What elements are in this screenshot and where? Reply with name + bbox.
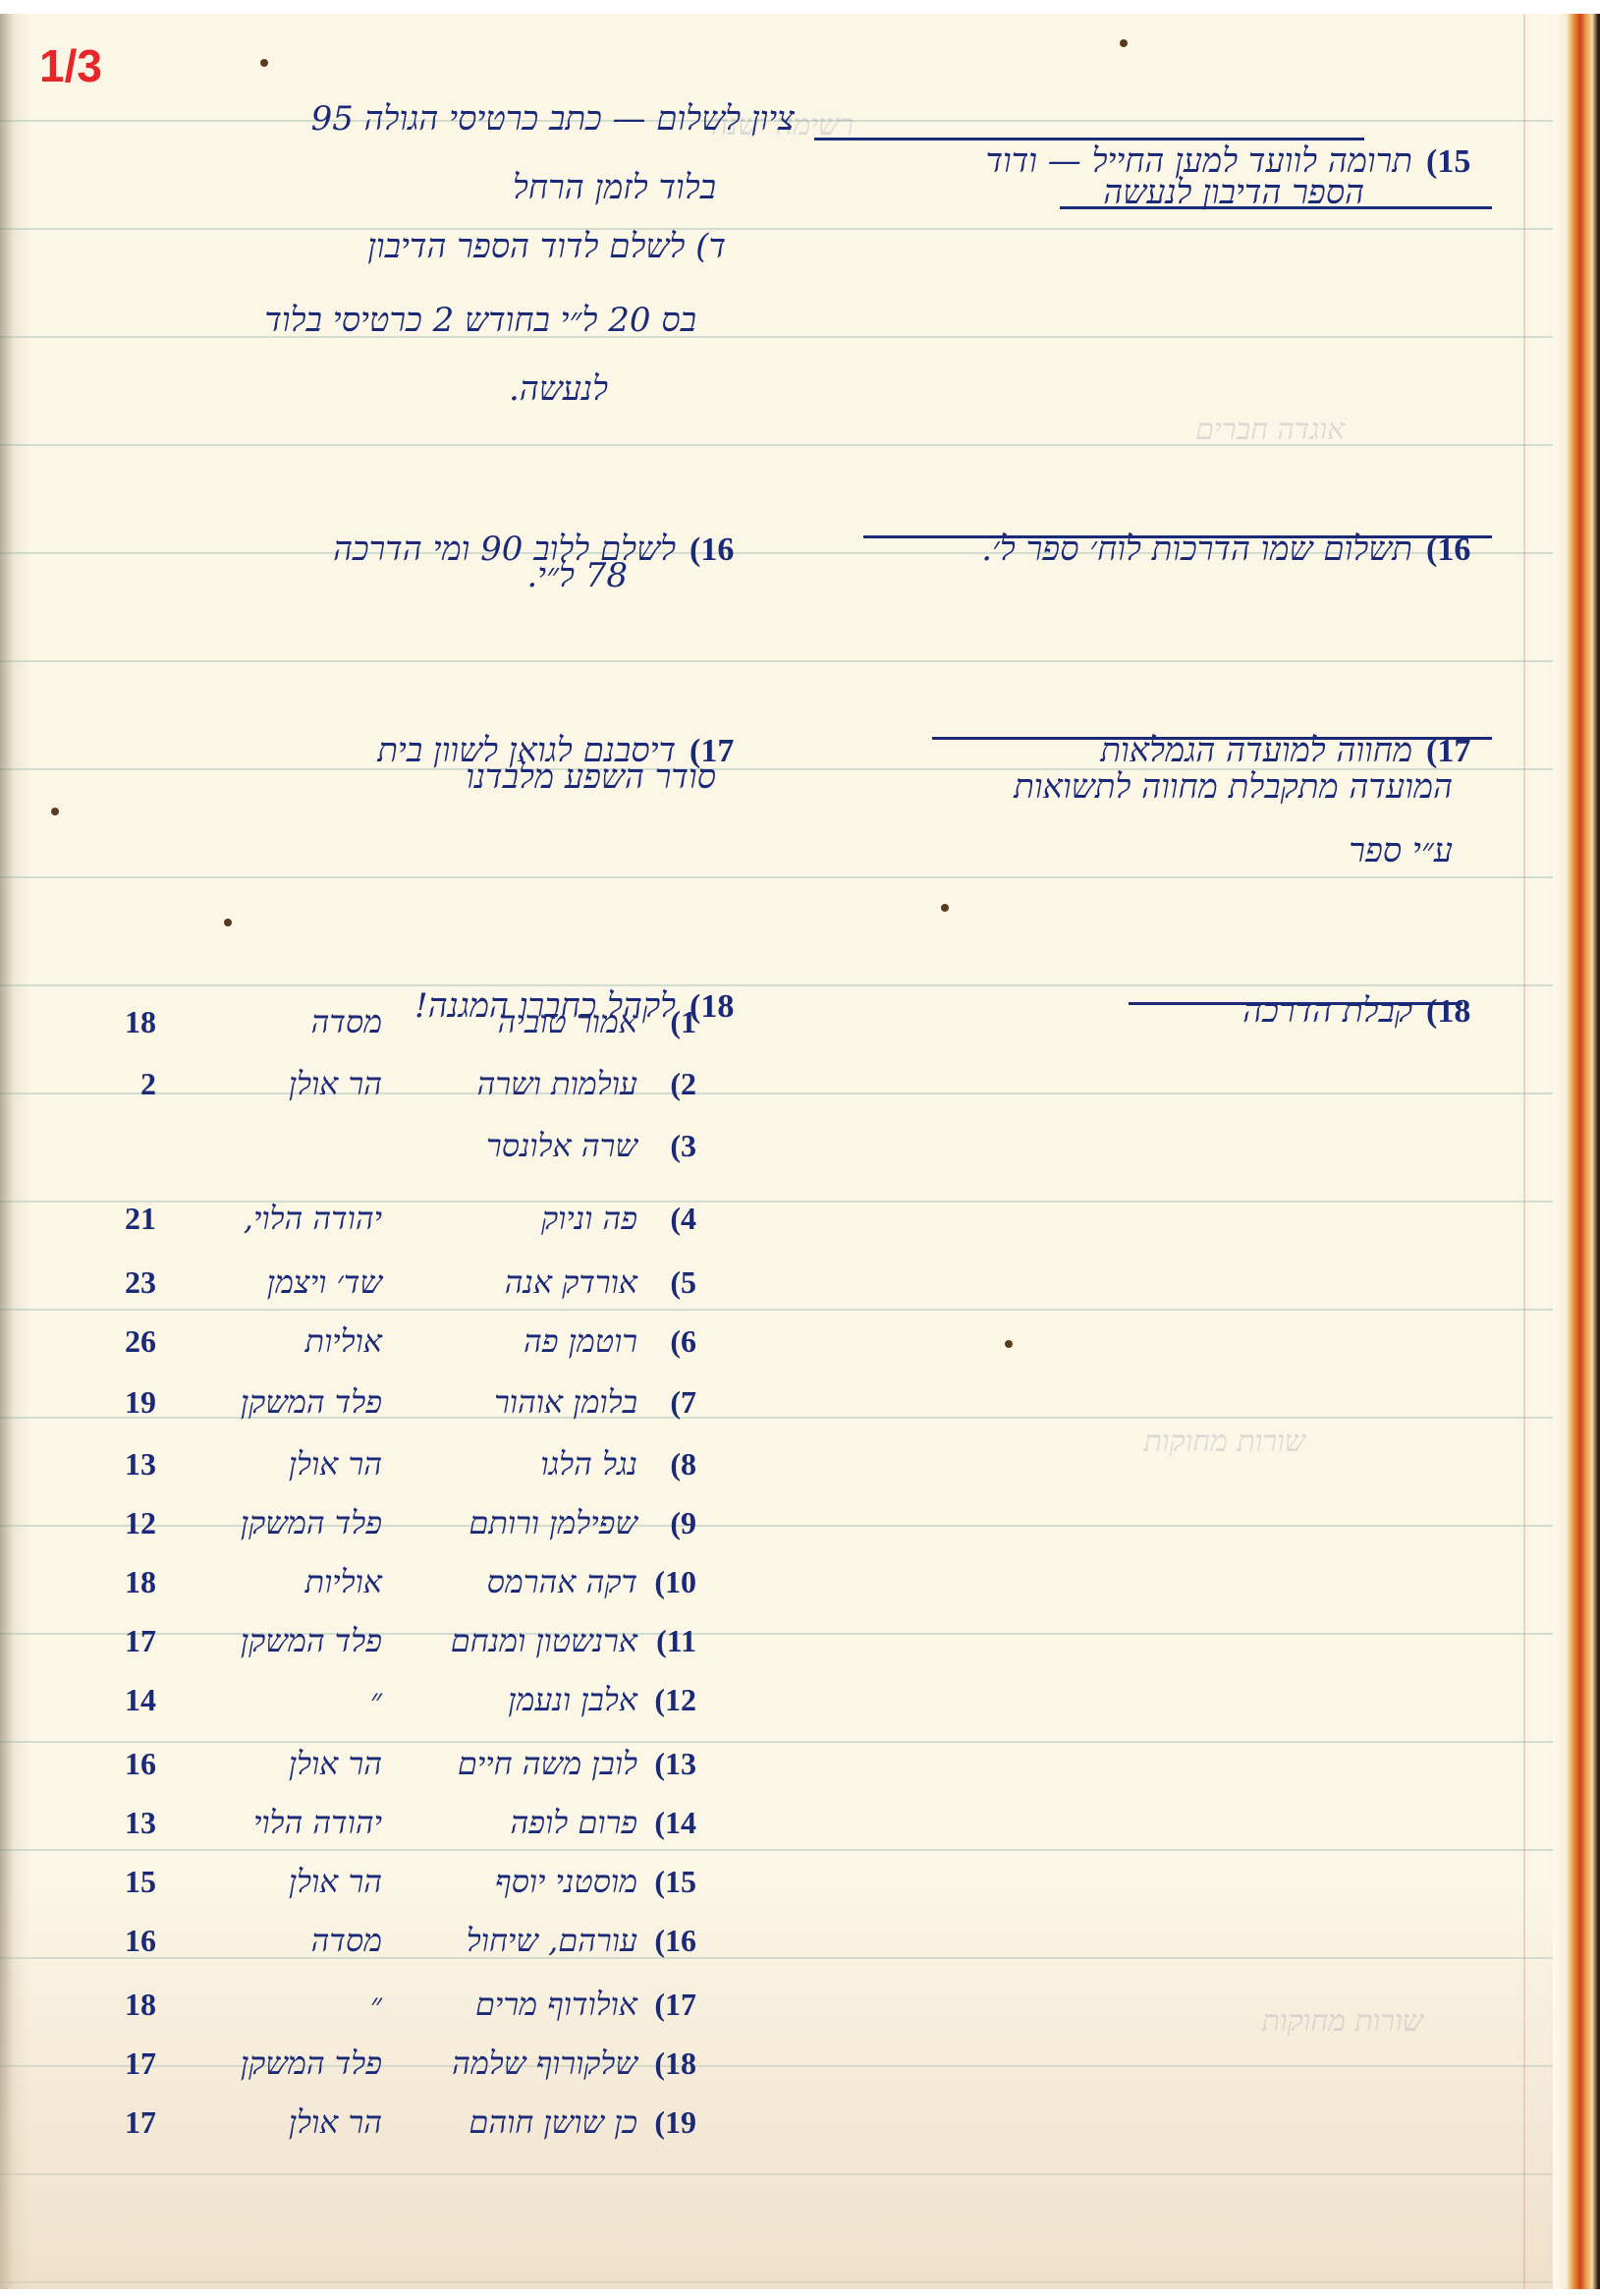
margin-line (1523, 14, 1525, 2289)
ink-speck (1005, 1340, 1013, 1348)
roster-row: 1)אמור טוביהמסדה18 (87, 992, 696, 1051)
roster-row: 9)שפילמן ורותםפלד המשקן12 (87, 1493, 696, 1552)
roster-row: 3)שרה אלונסר (87, 1116, 696, 1175)
roster-row: 13)לובן משה חייםהר אולן16 (87, 1734, 696, 1793)
item-number: 15) (1426, 143, 1470, 180)
right-item-17-line: המועדה מתקבלת מחווה לתשואות (1014, 766, 1453, 809)
bleed-through-text: אוגדה חברים (1195, 413, 1345, 447)
right-item-17-line: ע״י ספר (1349, 830, 1453, 872)
roster-row: 12)אלבן ונעמן״14 (87, 1670, 696, 1729)
bleed-through-text: שורות מחוקות (1262, 2004, 1423, 2039)
roster-row: 11)ארנשטון ומנחםפלד המשקן17 (87, 1611, 696, 1670)
left-item-16-line: 78 ל״י. (526, 555, 628, 597)
right-item-15: 15)תרומה לוועד למען החייל — ודוד (985, 98, 1492, 183)
roster-row: 8)נגל הלגוהר אולן13 (87, 1434, 696, 1493)
roster-row: 4)פה וניוקיהודה הלוי,21 (87, 1189, 696, 1248)
ink-speck (260, 59, 268, 67)
underline (863, 535, 1492, 538)
roster-row: 6)רוטמן פהאוליות26 (87, 1312, 696, 1371)
left-continuation-line: ציון לשלום — כתב כרטיסי הגולה 95 (311, 98, 795, 140)
roster-row: 14)פרום לופהיהודה הלוי13 (87, 1793, 696, 1852)
left-continuation-line: בס 20 ל״י בחודש 2 כרטיסי בלוד (264, 300, 696, 342)
roster-row: 5)אורדק אנהשד׳ ויצמן23 (87, 1253, 696, 1312)
roster-row: 10)דקה אהרמסאוליות18 (87, 1552, 696, 1611)
ink-speck (941, 904, 949, 912)
item-number: 18) (1426, 993, 1470, 1030)
roster-row: 17)אולודוף מרים״18 (87, 1975, 696, 2034)
roster-row: 18)שלקורוף שלמהפלד המשקן17 (87, 2034, 696, 2093)
item-number: 16) (690, 532, 734, 568)
roster-row: 16)עורהם, שיחולמסדה16 (87, 1911, 696, 1970)
roster-row: 15)מוסטני יוסףהר אולן15 (87, 1852, 696, 1911)
ink-speck (224, 919, 232, 926)
underline (932, 737, 1492, 740)
left-continuation-line: לנעשה. (509, 368, 608, 411)
roster-row: 19)כן שושן חוהםהר אולן17 (87, 2093, 696, 2152)
right-item-18: 18)קבלת הדרכה (1242, 948, 1492, 1033)
right-item-17: 17)מחווה למועדה הגמלאות (1100, 688, 1492, 772)
left-continuation-line: ד) לשלם לדוד הספר הדיבון (367, 226, 726, 268)
ink-speck (51, 808, 59, 815)
underline (1060, 206, 1492, 209)
left-continuation-line: בלוד לזמן הרחל (513, 167, 716, 209)
page-number: 1/3 (39, 39, 102, 92)
bleed-through-text: שורות מחוקות (1144, 1425, 1305, 1459)
left-item-17-line: סודר השפע מלבדנו (466, 756, 716, 799)
underline (1129, 1002, 1462, 1005)
page-edge (1553, 14, 1600, 2289)
roster-row: 7)בלומן אוהורפלד המשקן19 (87, 1372, 696, 1431)
underline (814, 138, 1364, 140)
ink-speck (1120, 39, 1128, 47)
roster-row: 2)עולמות ושרההר אולן2 (87, 1054, 696, 1113)
right-item-16: 16)תשלום שמו הדרכות לוח׳ ספר ל׳. (981, 486, 1492, 571)
